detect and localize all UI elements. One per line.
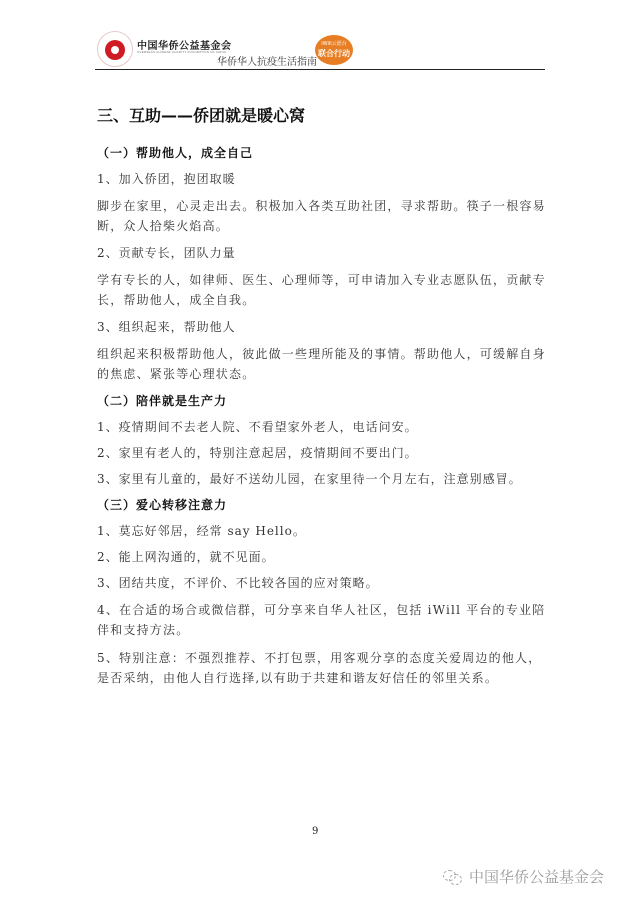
- subsection-2: （二）陪伴就是生产力 1、疫情期间不去老人院、不看望家外老人，电话问安。 2、家…: [97, 392, 547, 488]
- watermark-text: 中国华侨公益基金会: [469, 866, 604, 887]
- list-item: 2、能上网沟通的，就不见面。: [97, 548, 547, 566]
- wechat-icon: [443, 869, 461, 885]
- subsection-heading: （二）陪伴就是生产力: [97, 392, 547, 410]
- org-name-en: OVERSEAS CHINESE CHARITY FOUNDATION OF C…: [137, 50, 226, 54]
- header-divider: [95, 69, 545, 70]
- logo-red-circle: [105, 40, 125, 60]
- page-header: 中国华侨公益基金会 OVERSEAS CHINESE CHARITY FOUND…: [95, 28, 545, 70]
- logo-inner-dot: [111, 46, 119, 54]
- badge-line1: iWill云愿台: [315, 40, 353, 47]
- wechat-bubble-small: [449, 874, 462, 885]
- paragraph: 脚步在家里，心灵走出去。积极加入各类互助社团，寻求帮助。筷子一根容易断，众人拾柴…: [97, 196, 547, 236]
- wechat-watermark: 中国华侨公益基金会: [443, 866, 604, 887]
- list-item: 2、家里有老人的，特别注意起居，疫情期间不要出门。: [97, 444, 547, 462]
- paragraph: 4、在合适的场合或微信群，可分享来自华人社区，包括 iWill 平台的专业陪伴和…: [97, 600, 547, 640]
- paragraph: 学有专长的人，如律师、医生、心理师等，可申请加入专业志愿队伍，贡献专长，帮助他人…: [97, 270, 547, 310]
- document-body: 三、互助——侨团就是暖心窝 （一）帮助他人，成全自己 1、加入侨团，抱团取暖 脚…: [97, 104, 547, 696]
- paragraph: 5、特别注意：不强烈推荐、不打包票，用客观分享的态度关爱周边的他人，是否采纳，由…: [97, 648, 547, 688]
- page-number: 9: [312, 826, 318, 837]
- list-item: 1、加入侨团，抱团取暖: [97, 170, 547, 188]
- guide-title: 华侨华人抗疫生活指南: [217, 53, 317, 68]
- list-item: 2、贡献专长，团队力量: [97, 244, 547, 262]
- paragraph: 组织起来积极帮助他人，彼此做一些理所能及的事情。帮助他人，可缓解自身的焦虑、紧张…: [97, 344, 547, 384]
- badge-line2: 联合行动: [315, 48, 353, 59]
- iwill-badge-icon: iWill云愿台 联合行动: [315, 35, 353, 65]
- subsection-heading: （三）爱心转移注意力: [97, 496, 547, 514]
- section-title: 三、互助——侨团就是暖心窝: [97, 104, 547, 128]
- subsection-1: （一）帮助他人，成全自己 1、加入侨团，抱团取暖 脚步在家里，心灵走出去。积极加…: [97, 144, 547, 384]
- list-item: 1、疫情期间不去老人院、不看望家外老人，电话问安。: [97, 418, 547, 436]
- list-item: 3、家里有儿童的，最好不送幼儿园，在家里待一个月左右，注意别感冒。: [97, 470, 547, 488]
- foundation-logo-icon: [97, 31, 133, 67]
- list-item: 1、莫忘好邻居，经常 say Hello。: [97, 522, 547, 540]
- list-item: 3、组织起来，帮助他人: [97, 318, 547, 336]
- subsection-3: （三）爱心转移注意力 1、莫忘好邻居，经常 say Hello。 2、能上网沟通…: [97, 496, 547, 688]
- subsection-heading: （一）帮助他人，成全自己: [97, 144, 547, 162]
- list-item: 3、团结共度，不评价、不比较各国的应对策略。: [97, 574, 547, 592]
